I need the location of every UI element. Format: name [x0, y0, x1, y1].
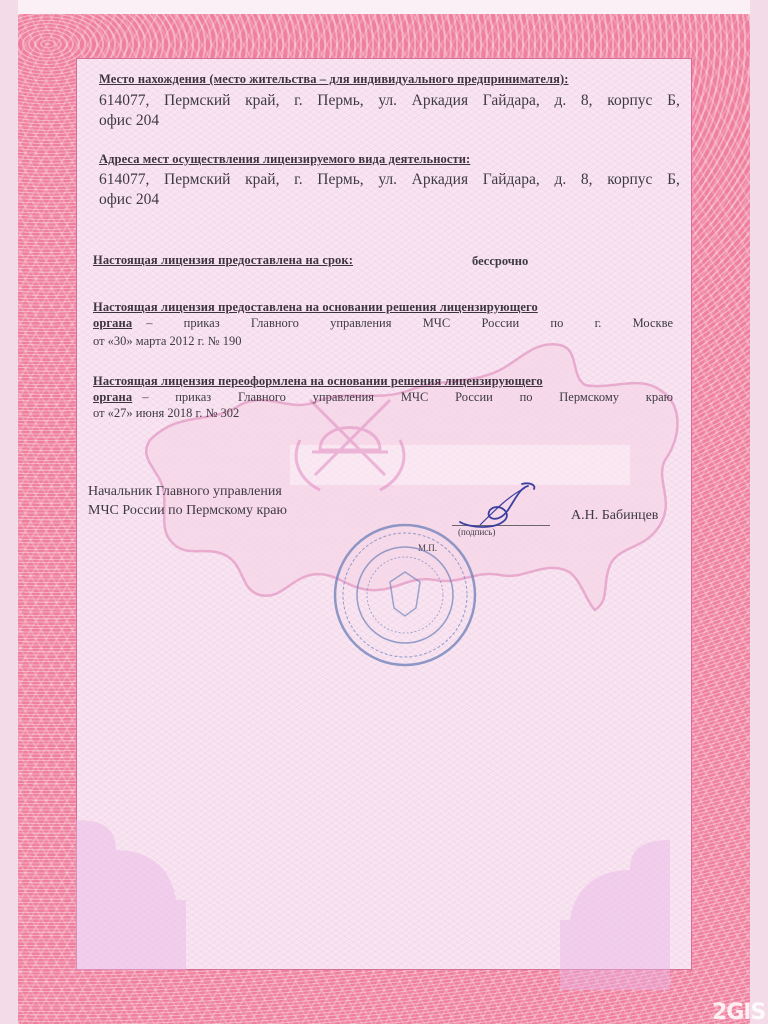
word: 8,	[581, 170, 593, 189]
location-address-line1: 614077,Пермскийкрай,г.Пермь,ул.АркадияГа…	[99, 91, 680, 110]
word: по	[520, 390, 533, 405]
word: 8,	[581, 91, 593, 110]
activity-address-line1: 614077,Пермскийкрай,г.Пермь,ул.АркадияГа…	[99, 170, 680, 189]
word: Главного	[238, 390, 286, 405]
reissued-basis-date: от «27» июня 2018 г. № 302	[93, 406, 239, 421]
word: г.	[294, 170, 302, 189]
word: Пермскому	[559, 390, 619, 405]
word: д.	[554, 170, 566, 189]
word: Б,	[667, 91, 680, 110]
word: Главного	[251, 316, 299, 331]
word: России	[481, 316, 519, 331]
word: управления	[330, 316, 391, 331]
word: МЧС	[423, 316, 451, 331]
reissued-basis-order: –приказГлавногоуправленияМЧСРоссиипоПерм…	[142, 390, 673, 405]
word: край,	[245, 170, 279, 189]
word: Гайдара,	[483, 91, 540, 110]
official-stamp	[330, 520, 480, 670]
word: г.	[595, 316, 602, 331]
word: управления	[313, 390, 374, 405]
reissued-basis-line2: органа –приказГлавногоуправленияМЧСРосси…	[93, 390, 673, 405]
word: край,	[245, 91, 279, 110]
word: Гайдара,	[483, 170, 540, 189]
granted-basis-heading: Настоящая лицензия предоставлена на осно…	[93, 300, 538, 315]
word: корпус	[607, 91, 652, 110]
term-heading: Настоящая лицензия предоставлена на срок…	[93, 253, 353, 268]
2gis-watermark: 2GIS	[712, 1000, 765, 1024]
granted-basis-line2: органа –приказГлавногоуправленияМЧСРосси…	[93, 316, 673, 331]
reissued-basis-heading: Настоящая лицензия переоформлена на осно…	[93, 374, 543, 389]
granted-basis-date: от «30» марта 2012 г. № 190	[93, 334, 241, 349]
reissued-basis-organ: органа	[93, 390, 132, 405]
word: краю	[646, 390, 673, 405]
word: Аркадия	[412, 91, 468, 110]
word: Пермь,	[317, 91, 363, 110]
word: ул.	[378, 170, 397, 189]
word: Пермский	[164, 170, 230, 189]
word: 614077,	[99, 170, 149, 189]
term-value: бессрочно	[472, 254, 528, 269]
word: 614077,	[99, 91, 149, 110]
signatory-position-line2: МЧС России по Пермскому краю	[88, 503, 287, 519]
location-address-line2: офис 204	[99, 111, 159, 130]
word: по	[550, 316, 563, 331]
granted-basis-organ: органа	[93, 316, 132, 331]
activity-address-line2: офис 204	[99, 190, 159, 209]
word: –	[146, 316, 152, 331]
word: –	[142, 390, 148, 405]
signatory-name: А.Н. Бабинцев	[571, 508, 658, 524]
word: Б,	[667, 170, 680, 189]
word: Пермский	[164, 91, 230, 110]
word: г.	[294, 91, 302, 110]
word: МЧС	[401, 390, 429, 405]
word: ул.	[378, 91, 397, 110]
word: Аркадия	[412, 170, 468, 189]
word: приказ	[175, 390, 211, 405]
word: д.	[554, 91, 566, 110]
signatory-position-line1: Начальник Главного управления	[88, 484, 282, 500]
word: России	[455, 390, 493, 405]
granted-basis-order: –приказГлавногоуправленияМЧСРоссиипог.Мо…	[146, 316, 673, 331]
signature-scribble	[450, 480, 550, 535]
word: Москве	[633, 316, 673, 331]
activity-addresses-heading: Адреса мест осуществления лицензируемого…	[99, 152, 470, 167]
word: приказ	[184, 316, 220, 331]
word: Пермь,	[317, 170, 363, 189]
word: корпус	[607, 170, 652, 189]
location-heading: Место нахождения (место жительства – для…	[99, 72, 569, 87]
